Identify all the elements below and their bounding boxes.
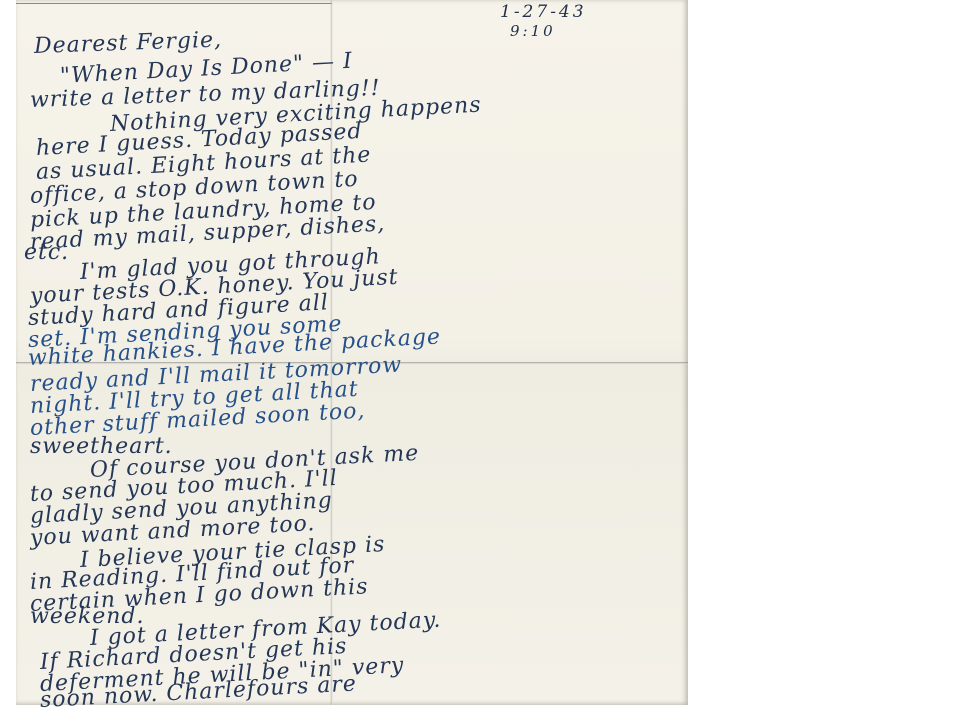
letter-line: etc. — [24, 240, 69, 265]
letter-time: 9:10 — [510, 22, 556, 40]
letter-date: 1-27-43 — [500, 2, 587, 22]
